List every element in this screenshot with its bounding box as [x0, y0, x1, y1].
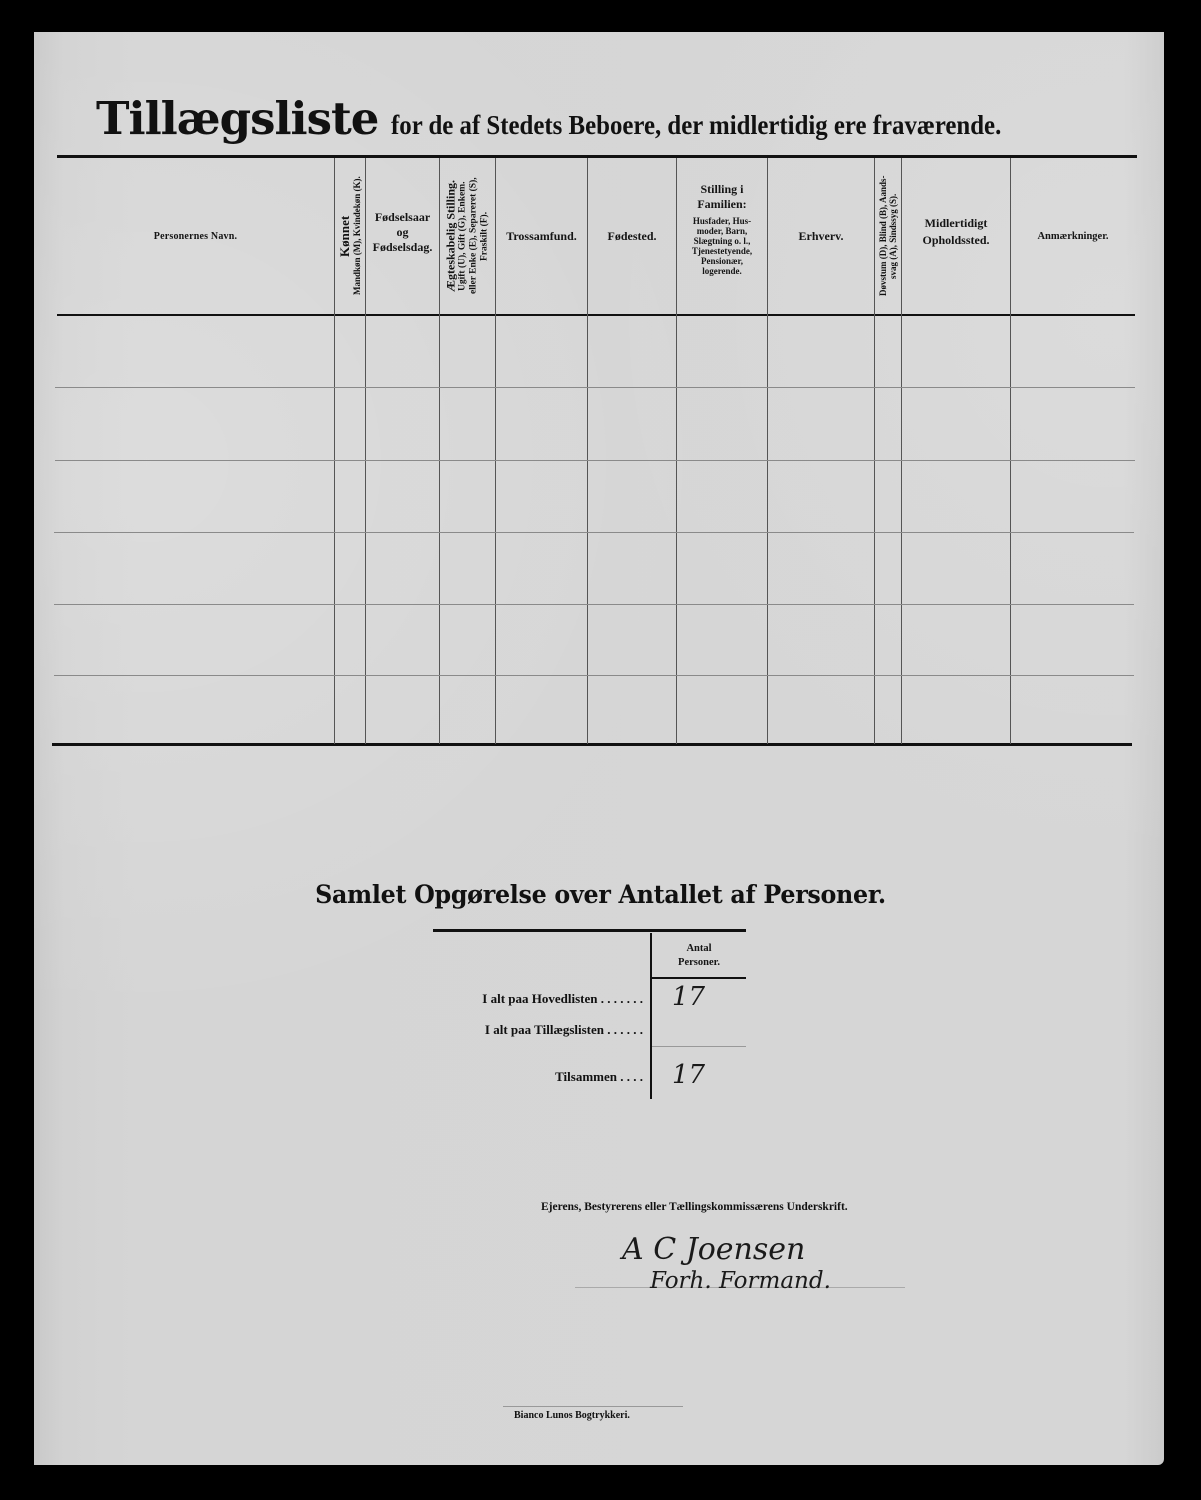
summary-top-rule	[433, 929, 746, 932]
signature-title: Forh. Formand.	[650, 1268, 831, 1294]
table-bottom-rule	[52, 743, 1132, 746]
table-row[interactable]	[57, 461, 1135, 532]
header-fodselsaar: Fødselsaar og Fødselsdag.	[366, 158, 439, 314]
summary-value-tilsammen[interactable]: 17	[672, 1060, 705, 1090]
table-row[interactable]	[57, 316, 1135, 387]
title-main: Tillægsliste	[96, 92, 378, 145]
summary-value-hovedlisten[interactable]: 17	[672, 982, 705, 1012]
header-kjonnet: Kønnet Mandkøn (M), Kvindekøn (K).	[335, 160, 365, 312]
form-title: Tillægsliste for de af Stedets Beboere, …	[96, 92, 1055, 145]
printer-rule	[503, 1406, 683, 1407]
summary-title: Samlet Opgørelse over Antallet af Person…	[30, 880, 1171, 909]
table-row[interactable]	[57, 605, 1135, 675]
header-erhverv: Erhverv.	[768, 158, 874, 314]
summary-label-tillaegslisten: I alt paa Tillægslisten . . . . . .	[485, 1022, 643, 1038]
table-row[interactable]	[57, 676, 1135, 743]
header-dovstum-blind: Døvstum (D), Blind (B), Aands- svag (A),…	[875, 160, 901, 312]
header-midlertidigt-opholdssted: Midlertidigt Opholdssted.	[902, 158, 1010, 314]
summary-label-tilsammen: Tilsammen . . . .	[555, 1069, 643, 1085]
header-personernes-navn: Personernes Navn.	[57, 158, 334, 314]
summary-header-rule	[652, 977, 746, 979]
header-fodested: Fødested.	[588, 158, 676, 314]
header-stilling-i-familien: Stilling i Familien: Husfader, Hus- mode…	[677, 158, 767, 314]
signature-name: A C Joensen	[622, 1232, 805, 1267]
header-anmaerkninger: Anmærkninger.	[1011, 158, 1135, 314]
summary-label-hovedlisten: I alt paa Hovedlisten . . . . . . .	[482, 991, 643, 1007]
title-subtitle: for de af Stedets Beboere, der midlertid…	[391, 110, 1001, 141]
printer-imprint: Bianco Lunos Bogtrykkeri.	[514, 1410, 630, 1421]
header-aegteskabelig-stilling: Ægteskabelig Stilling. Ugift (U), Gift (…	[440, 160, 495, 312]
summary-col-header: Antal Personer.	[652, 936, 746, 976]
header-trossamfund: Trossamfund.	[496, 158, 587, 314]
summary-subtotal-rule	[652, 1046, 746, 1047]
table-row[interactable]	[57, 388, 1135, 460]
table-row[interactable]	[57, 533, 1135, 604]
signature-caption: Ejerens, Bestyrerens eller Tællingskommi…	[541, 1201, 941, 1213]
